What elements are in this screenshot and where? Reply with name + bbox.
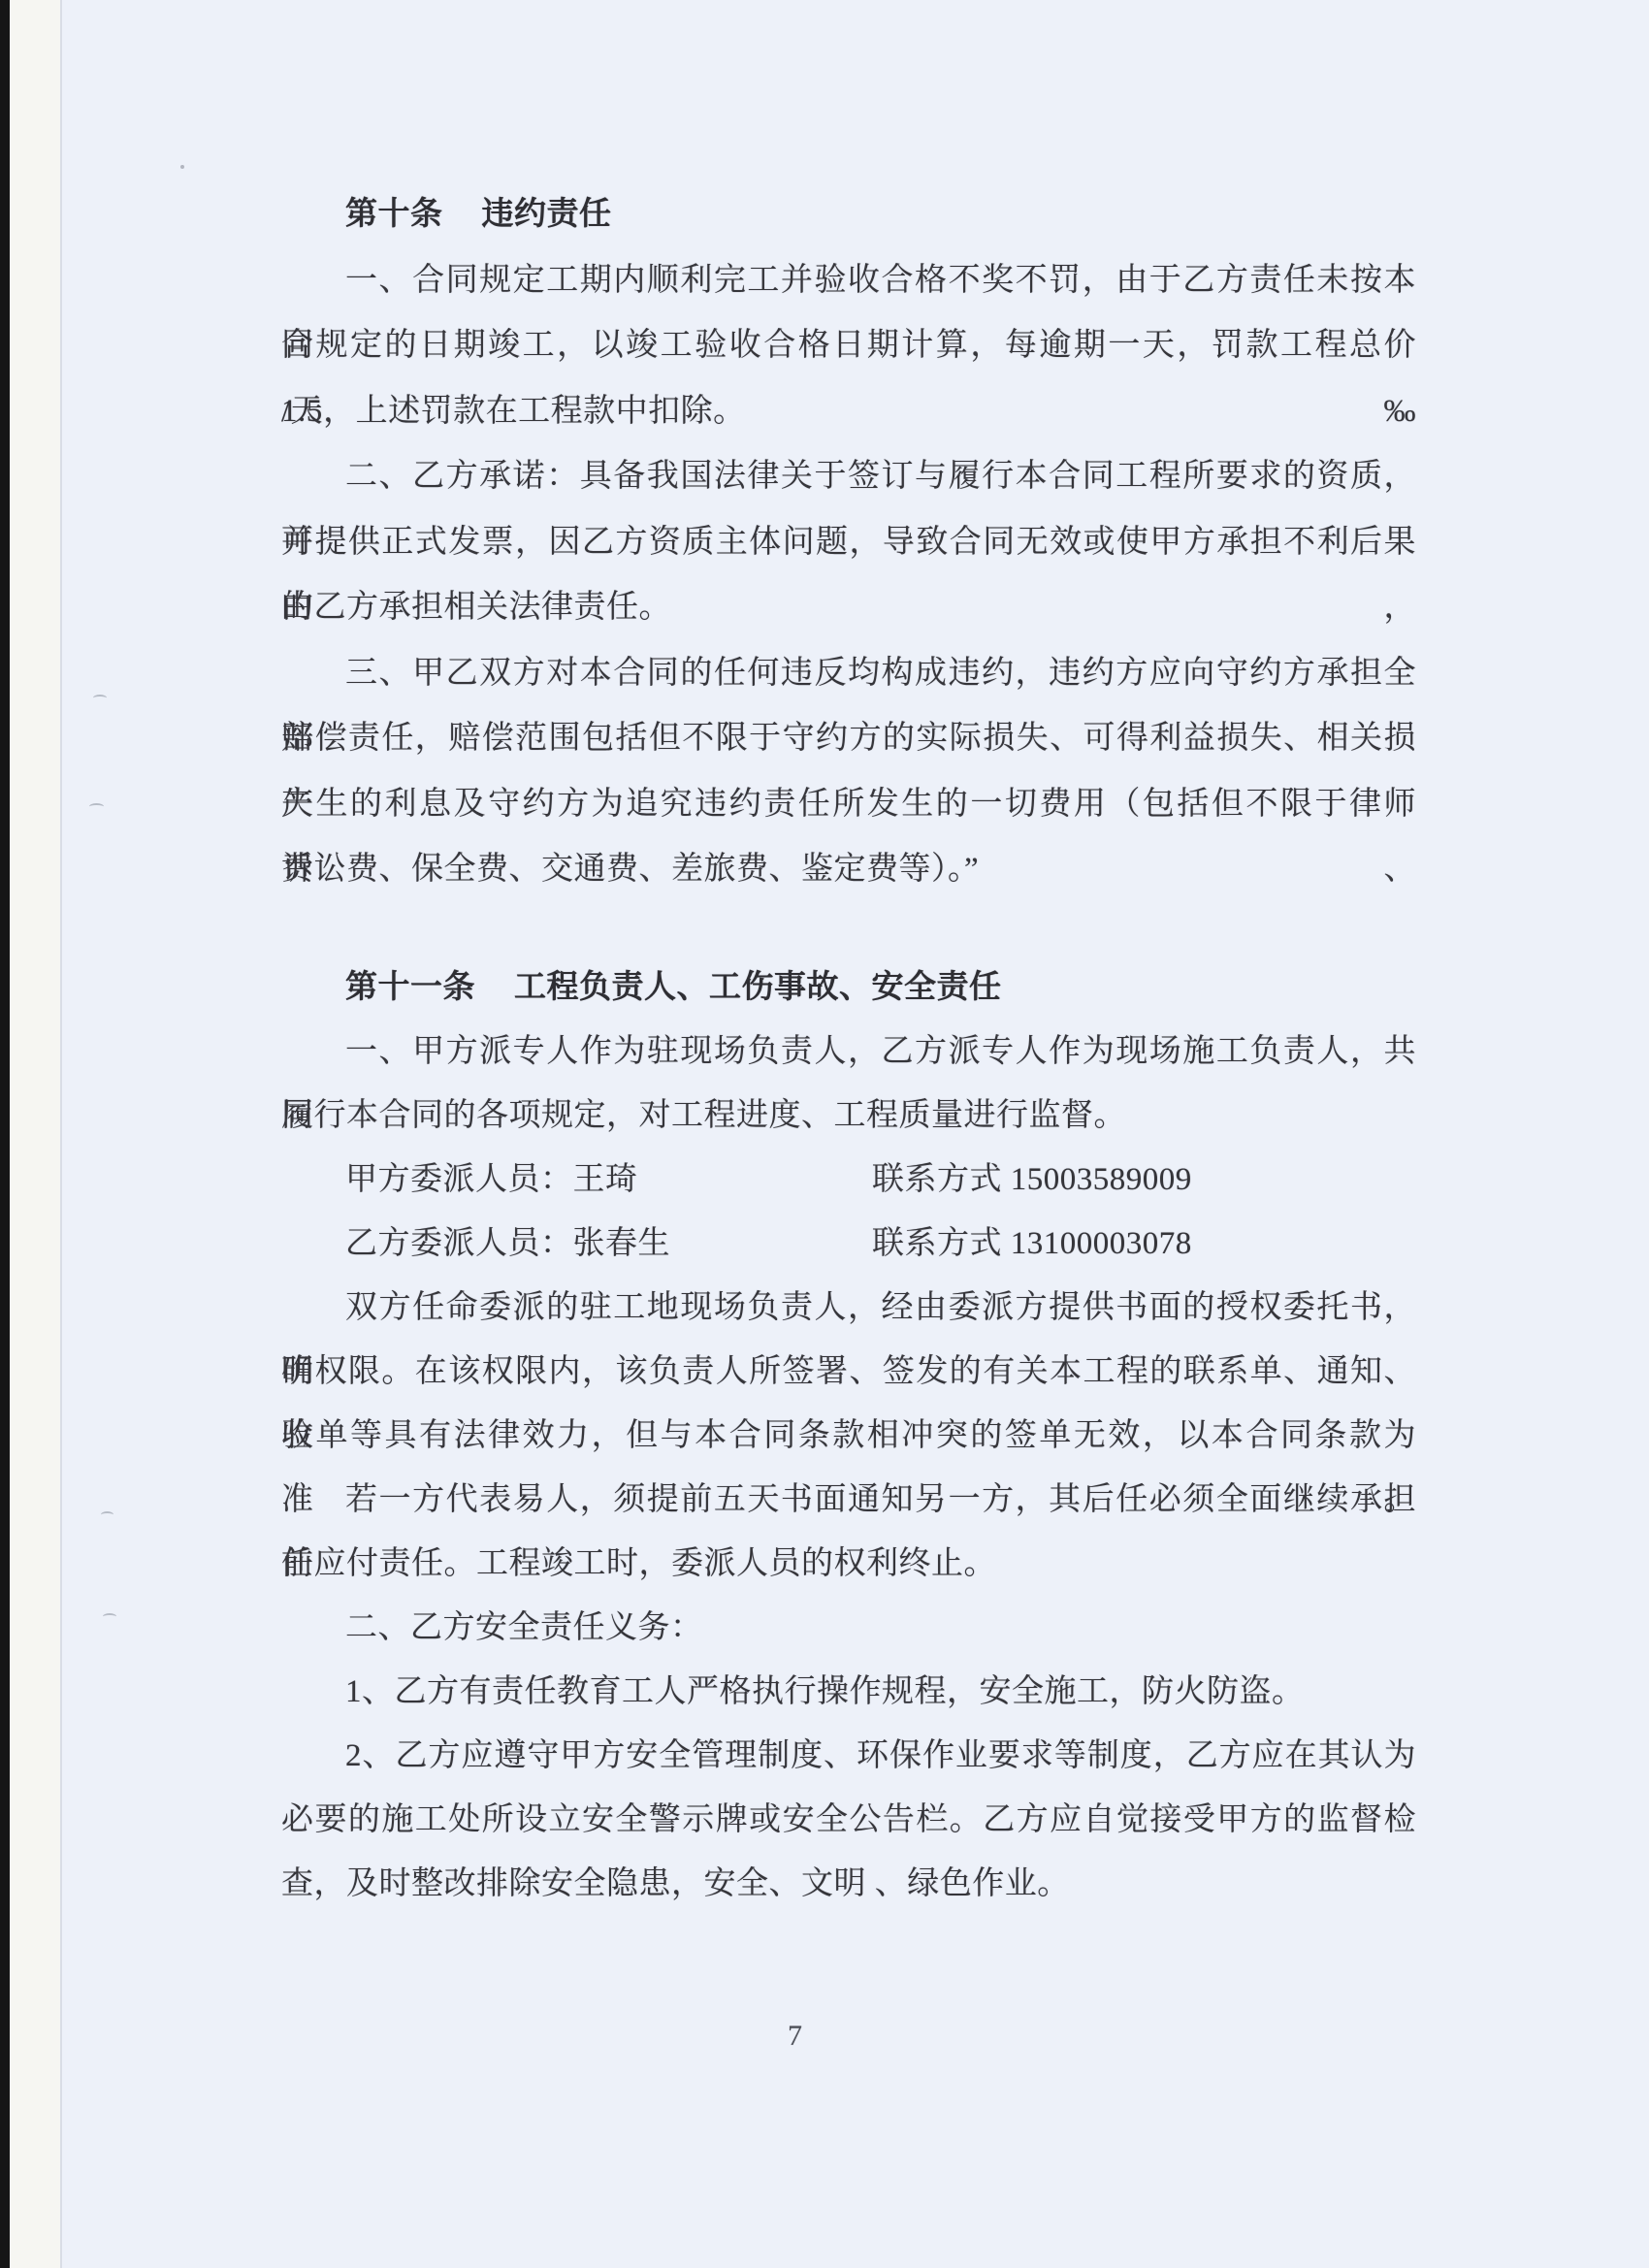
contract-line: 履行本合同的各项规定，对工程进度、工程质量进行监督。 [281, 1084, 1416, 1148]
scan-speck [93, 695, 107, 701]
contract-line: 2、乙方应遵守甲方安全管理制度、环保作业要求等制度，乙方应在其认为 [281, 1724, 1416, 1788]
party-b-rep-label: 乙方委派人员：张春生 [345, 1226, 670, 1261]
contract-line: 任应付责任。工程竣工时，委派人员的权利终止。 [281, 1532, 1416, 1596]
article-10-number: 第十条 [345, 197, 443, 232]
contract-line: 产生的利息及守约方为追究违约责任所发生的一切费用（包括但不限于律师费、 [281, 772, 1416, 838]
article-10-title: 违约责任 [482, 197, 612, 232]
party-b-representative-line: 乙方委派人员：张春生 联系方式 13100003078 [281, 1212, 1416, 1276]
contract-line: 二、乙方承诺：具备我国法律关于签订与履行本合同工程所要求的资质，并 [281, 444, 1416, 510]
article-11-heading: 第十一条工程负责人、工伤事故、安全责任 [281, 956, 1416, 1020]
party-a-rep-contact: 联系方式 15003589009 [808, 1148, 1192, 1212]
contract-line: 一、甲方派专人作为驻现场负责人，乙方派专人作为现场施工负责人，共同 [281, 1020, 1416, 1084]
contract-line: 确权限。在该权限内，该负责人所签署、签发的有关本工程的联系单、通知、验 [281, 1340, 1416, 1404]
contract-line: 若一方代表易人，须提前五天书面通知另一方，其后任必须全面继续承担前 [281, 1468, 1416, 1532]
article-11-title: 工程负责人、工伤事故、安全责任 [514, 970, 1002, 1005]
contract-line: 查，及时整改排除安全隐患，安全、文明 、绿色作业。 [281, 1852, 1416, 1916]
safety-duty-heading-line: 二、乙方安全责任义务： [281, 1596, 1416, 1660]
party-a-rep-label: 甲方委派人员：王琦 [345, 1162, 638, 1197]
scan-speck [89, 803, 104, 810]
scan-speck [103, 1613, 116, 1620]
article-11-section: 第十一条工程负责人、工伤事故、安全责任 一、甲方派专人作为驻现场负责人，乙方派专… [281, 956, 1416, 1916]
article-10-heading: 第十条违约责任 [281, 182, 1416, 248]
scanned-contract-page: 第十条违约责任 一、合同规定工期内顺利完工并验收合格不奖不罚，由于乙方责任未按本… [0, 0, 1649, 2268]
contract-line: 三、甲乙双方对本合同的任何违反均构成违约，违约方应向守约方承担全部 [281, 641, 1416, 707]
party-a-representative-line: 甲方委派人员：王琦 联系方式 15003589009 [281, 1148, 1416, 1212]
scan-speck [180, 165, 184, 169]
contract-line: 赔偿责任，赔偿范围包括但不限于守约方的实际损失、可得利益损失、相关损失 [281, 706, 1416, 772]
scan-left-white-strip [10, 0, 60, 2268]
contract-line: 1、乙方有责任教育工人严格执行操作规程，安全施工，防火防盗。 [281, 1660, 1416, 1724]
contract-line: 收单等具有法律效力，但与本合同条款相冲突的签单无效，以本合同条款为准。 [281, 1404, 1416, 1468]
party-b-rep-contact: 联系方式 13100003078 [808, 1212, 1192, 1276]
contract-line: 可提供正式发票，因乙方资质主体问题，导致合同无效或使甲方承担不利后果的， [281, 510, 1416, 576]
contract-line: 同规定的日期竣工，以竣工验收合格日期计算，每逾期一天，罚款工程总价 1.5‰ [281, 313, 1416, 379]
contract-line: 双方任命委派的驻工地现场负责人，经由委派方提供书面的授权委托书，明 [281, 1276, 1416, 1340]
contract-line: 一、合同规定工期内顺利完工并验收合格不奖不罚，由于乙方责任未按本合 [281, 248, 1416, 314]
scan-speck [101, 1511, 113, 1518]
scan-left-black-edge [0, 0, 10, 2268]
page-left-edge-seam [60, 0, 62, 2268]
contract-line: 必要的施工处所设立安全警示牌或安全公告栏。乙方应自觉接受甲方的监督检 [281, 1788, 1416, 1852]
article-10-section: 第十条违约责任 一、合同规定工期内顺利完工并验收合格不奖不罚，由于乙方责任未按本… [281, 182, 1416, 903]
page-number: 7 [788, 2020, 803, 2053]
article-11-number: 第十一条 [345, 970, 475, 1005]
